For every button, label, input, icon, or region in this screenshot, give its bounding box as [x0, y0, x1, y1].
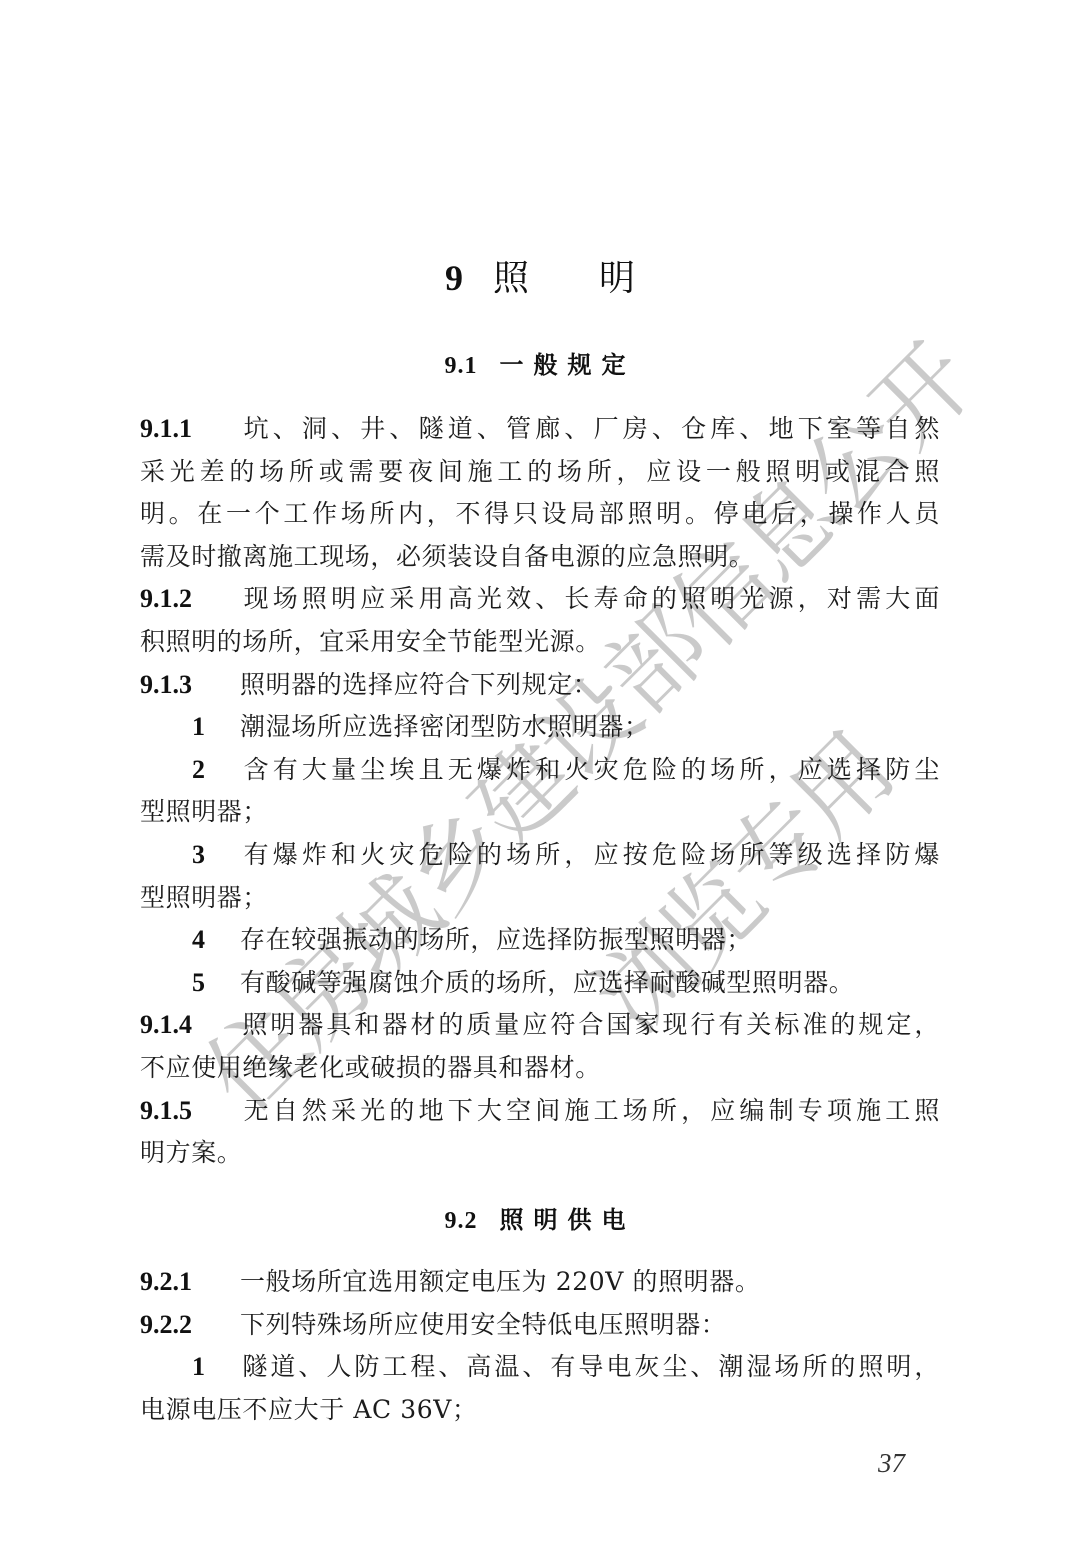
clause-line: 9.1.3照明器的选择应符合下列规定：: [140, 664, 940, 707]
clause-number: 9.2.2: [140, 1304, 240, 1347]
item-text: 含有大量尘埃且无爆炸和火灾危险的场所，应选择防尘: [240, 755, 940, 784]
page-number: 37: [878, 1448, 905, 1479]
list-item-3: 3有爆炸和火灾危险的场所，应按危险场所等级选择防爆: [140, 834, 940, 877]
item-number: 4: [192, 919, 240, 962]
item-text: 有爆炸和火灾危险的场所，应按危险场所等级选择防爆: [240, 840, 940, 869]
section-number: 9.1: [445, 353, 478, 379]
clause-9-1-4: 9.1.4照明器具和器材的质量应符合国家现行有关标准的规定， 不应使用绝缘老化或…: [140, 1004, 940, 1089]
clause-text: 一般场所宜选用额定电压为 220V 的照明器。: [240, 1267, 760, 1296]
list-item-5: 5有酸碱等强腐蚀介质的场所，应选择耐酸碱型照明器。: [140, 962, 940, 1005]
clause-text: 照明器的选择应符合下列规定：: [240, 670, 598, 699]
item-text: 有酸碱等强腐蚀介质的场所，应选择耐酸碱型照明器。: [240, 968, 854, 997]
clause-9-1-5: 9.1.5无自然采光的地下大空间施工场所，应编制专项施工照 明方案。: [140, 1090, 940, 1175]
clause-number: 9.1.2: [140, 578, 240, 621]
clause-line: 积照明的场所，宜采用安全节能型光源。: [140, 621, 940, 664]
section-title-9-2: 9.2照明供电: [0, 1204, 1080, 1237]
clause-line: 9.1.4照明器具和器材的质量应符合国家现行有关标准的规定，: [140, 1004, 940, 1047]
section-title-text: 一般规定: [500, 350, 636, 379]
chapter-title: 9照明: [0, 254, 1080, 303]
clause-number: 9.2.1: [140, 1261, 240, 1304]
list-item-1: 1隧道、人防工程、高温、有导电灰尘、潮湿场所的照明，: [140, 1346, 940, 1389]
clause-text: 坑、洞、井、隧道、管廊、厂房、仓库、地下室等自然: [240, 414, 940, 443]
section-title-text: 照明供电: [500, 1205, 636, 1234]
item-text: 存在较强振动的场所，应选择防振型照明器；: [240, 925, 752, 954]
list-item-2: 2含有大量尘埃且无爆炸和火灾危险的场所，应选择防尘: [140, 749, 940, 792]
clause-number: 9.1.3: [140, 664, 240, 707]
clause-number: 9.1.1: [140, 408, 240, 451]
clause-text: 无自然采光的地下大空间施工场所，应编制专项施工照: [240, 1096, 940, 1125]
clause-line: 不应使用绝缘老化或破损的器具和器材。: [140, 1047, 940, 1090]
item-number: 3: [192, 834, 240, 877]
clause-9-2-1: 9.2.1一般场所宜选用额定电压为 220V 的照明器。: [140, 1261, 940, 1304]
clause-9-1-1: 9.1.1坑、洞、井、隧道、管廊、厂房、仓库、地下室等自然 采光差的场所或需要夜…: [140, 408, 940, 578]
clause-line: 明。在一个工作场所内，不得只设局部照明。停电后，操作人员: [140, 493, 940, 536]
clause-text: 照明器具和器材的质量应符合国家现行有关标准的规定，: [240, 1010, 940, 1039]
clause-text: 现场照明应采用高光效、长寿命的照明光源，对需大面: [240, 584, 940, 613]
section-title-9-1: 9.1一般规定: [0, 349, 1080, 382]
section-body-9-1: 9.1.1坑、洞、井、隧道、管廊、厂房、仓库、地下室等自然 采光差的场所或需要夜…: [140, 408, 940, 1175]
clause-line: 9.1.1坑、洞、井、隧道、管廊、厂房、仓库、地下室等自然: [140, 408, 940, 451]
item-number: 1: [192, 706, 240, 749]
list-item-2-continued: 型照明器；: [140, 791, 940, 834]
chapter-title-char-2: 明: [599, 258, 635, 299]
section-body-9-2: 9.2.1一般场所宜选用额定电压为 220V 的照明器。 9.2.2下列特殊场所…: [140, 1261, 940, 1431]
item-text: 潮湿场所应选择密闭型防水照明器；: [240, 712, 650, 741]
item-text: 隧道、人防工程、高温、有导电灰尘、潮湿场所的照明，: [240, 1352, 940, 1381]
clause-text: 下列特殊场所应使用安全特低电压照明器：: [240, 1310, 726, 1339]
clause-line: 9.1.2现场照明应采用高光效、长寿命的照明光源，对需大面: [140, 578, 940, 621]
chapter-number: 9: [445, 258, 463, 298]
item-number: 5: [192, 962, 240, 1005]
list-item-1: 1潮湿场所应选择密闭型防水照明器；: [140, 706, 940, 749]
list-item-1-continued: 电源电压不应大于 AC 36V；: [140, 1389, 940, 1432]
clause-line: 需及时撤离施工现场，必须装设自备电源的应急照明。: [140, 536, 940, 579]
item-number: 2: [192, 749, 240, 792]
clause-line: 明方案。: [140, 1132, 940, 1175]
section-number: 9.2: [445, 1208, 478, 1234]
clause-number: 9.1.4: [140, 1004, 240, 1047]
clause-number: 9.1.5: [140, 1090, 240, 1133]
list-item-4: 4存在较强振动的场所，应选择防振型照明器；: [140, 919, 940, 962]
item-number: 1: [192, 1346, 240, 1389]
chapter-title-char-1: 照: [493, 258, 529, 299]
clause-line: 9.2.2下列特殊场所应使用安全特低电压照明器：: [140, 1304, 940, 1347]
clause-9-1-3: 9.1.3照明器的选择应符合下列规定： 1潮湿场所应选择密闭型防水照明器； 2含…: [140, 664, 940, 1005]
clause-line: 采光差的场所或需要夜间施工的场所，应设一般照明或混合照: [140, 451, 940, 494]
document-page: 住房城乡建设部信息公开 浏览专用 9照明 9.1一般规定 9.1.1坑、洞、井、…: [0, 0, 1080, 1564]
list-item-3-continued: 型照明器；: [140, 877, 940, 920]
clause-line: 9.2.1一般场所宜选用额定电压为 220V 的照明器。: [140, 1261, 940, 1304]
clause-9-1-2: 9.1.2现场照明应采用高光效、长寿命的照明光源，对需大面 积照明的场所，宜采用…: [140, 578, 940, 663]
clause-line: 9.1.5无自然采光的地下大空间施工场所，应编制专项施工照: [140, 1090, 940, 1133]
clause-9-2-2: 9.2.2下列特殊场所应使用安全特低电压照明器： 1隧道、人防工程、高温、有导电…: [140, 1304, 940, 1432]
